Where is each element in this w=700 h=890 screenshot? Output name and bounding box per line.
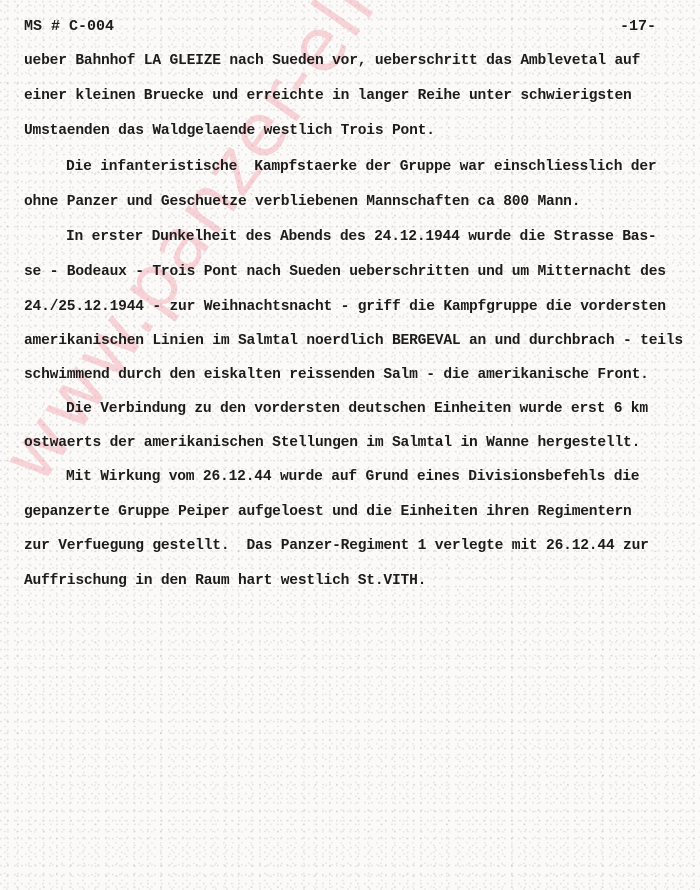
page-number: -17- <box>620 18 656 35</box>
text-line: Auffrischung in den Raum hart westlich S… <box>24 573 426 589</box>
text-line: einer kleinen Bruecke und erreichte in l… <box>24 88 632 104</box>
text-line: Umstaenden das Waldgelaende westlich Tro… <box>24 123 435 139</box>
text-line: amerikanischen Linien im Salmtal noerdli… <box>24 333 683 349</box>
text-line: se - Bodeaux - Trois Pont nach Sueden ue… <box>24 264 666 280</box>
document-id: MS # C-004 <box>24 18 114 35</box>
paragraph-start-line: In erster Dunkelheit des Abends des 24.1… <box>66 229 656 245</box>
paragraph-start-line: Die Verbindung zu den vordersten deutsch… <box>66 401 648 417</box>
text-line: zur Verfuegung gestellt. Das Panzer-Regi… <box>24 538 649 554</box>
text-line: ostwaerts der amerikanischen Stellungen … <box>24 435 640 451</box>
document-page: MS # C-004 -17- ueber Bahnhof LA GLEIZE … <box>0 0 700 890</box>
paragraph-start-line: Mit Wirkung vom 26.12.44 wurde auf Grund… <box>66 469 639 485</box>
paragraph-start-line: Die infanteristische Kampfstaerke der Gr… <box>66 159 656 175</box>
text-line: 24./25.12.1944 - zur Weihnachtsnacht - g… <box>24 299 666 315</box>
text-line: gepanzerte Gruppe Peiper aufgeloest und … <box>24 504 632 520</box>
text-line: ueber Bahnhof LA GLEIZE nach Sueden vor,… <box>24 53 640 69</box>
text-line: ohne Panzer und Geschuetze verbliebenen … <box>24 194 580 210</box>
text-line: schwimmend durch den eiskalten reissende… <box>24 367 649 383</box>
